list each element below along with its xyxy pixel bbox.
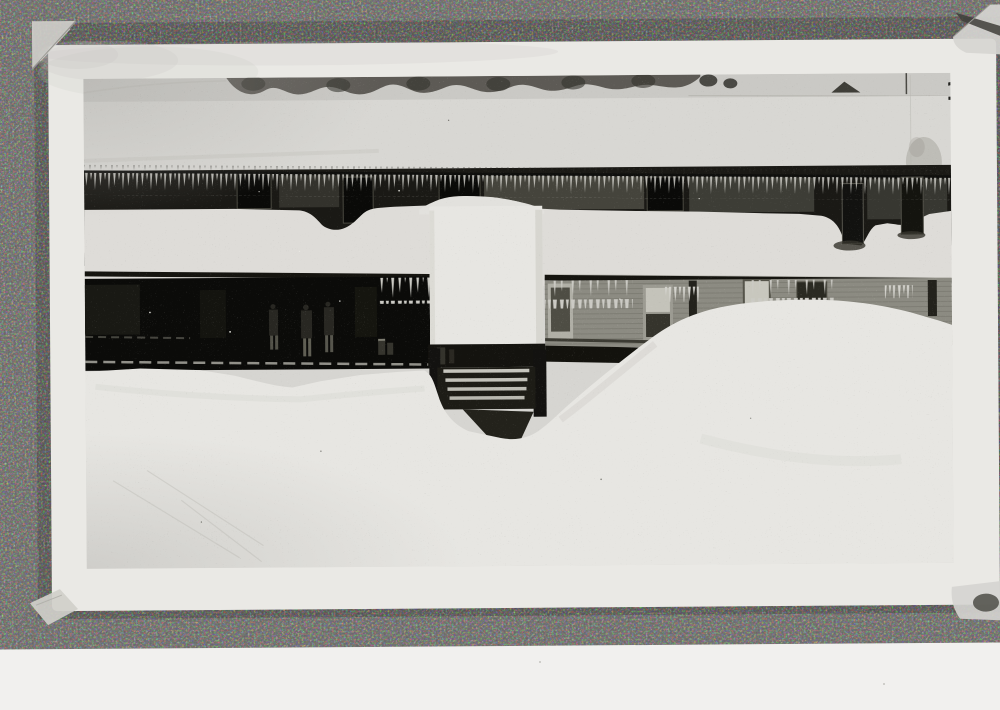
- photo-image: 1: [83, 72, 966, 569]
- film-grain-dark: [83, 73, 953, 569]
- album-assembly: 1: [26, 4, 1000, 627]
- photograph: 1: [38, 35, 1000, 612]
- album-scan: 1: [0, 0, 1000, 710]
- photo-corner-mount-bottom-right: [951, 580, 1000, 620]
- scan-canvas: 1: [0, 0, 1000, 710]
